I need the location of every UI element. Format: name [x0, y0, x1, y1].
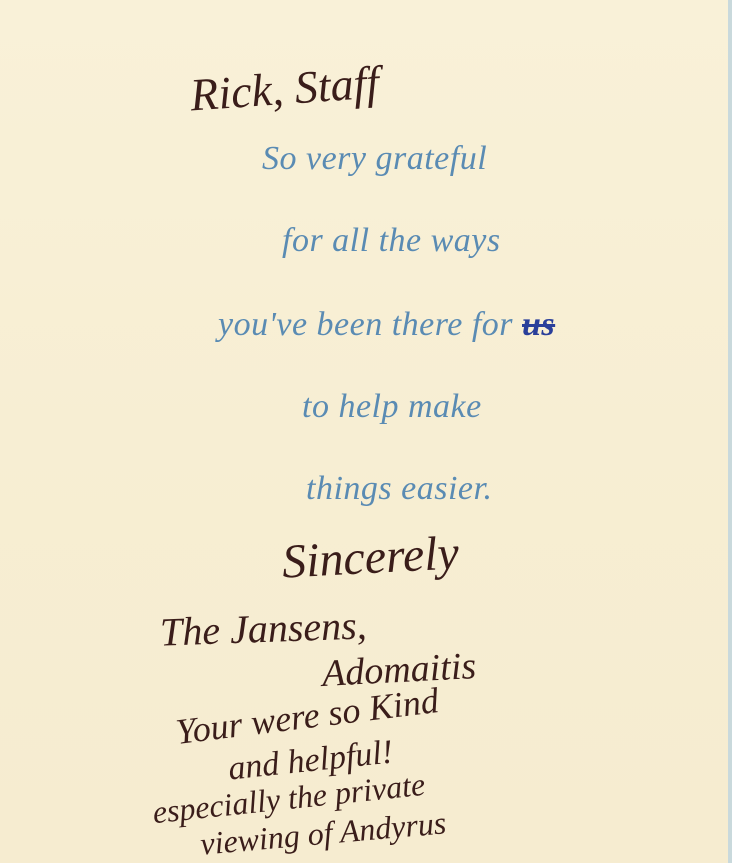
card-right-edge [728, 0, 732, 863]
closing: Sincerely [281, 525, 460, 589]
printed-verse-line-3-text: you've been there for [218, 306, 513, 343]
printed-verse-line-5: things easier. [306, 470, 492, 508]
handwritten-correction: us [522, 306, 555, 343]
salutation: Rick, Staff [188, 55, 380, 121]
printed-verse-line-1: So very grateful [262, 140, 487, 178]
printed-verse-line-4: to help make [302, 388, 482, 426]
signature-line-1: The Jansens, [159, 601, 367, 655]
greeting-card: Rick, Staff So very grateful for all the… [0, 0, 728, 863]
printed-verse-line-3: you've been there for us [218, 306, 555, 344]
printed-verse-line-2: for all the ways [282, 222, 501, 260]
